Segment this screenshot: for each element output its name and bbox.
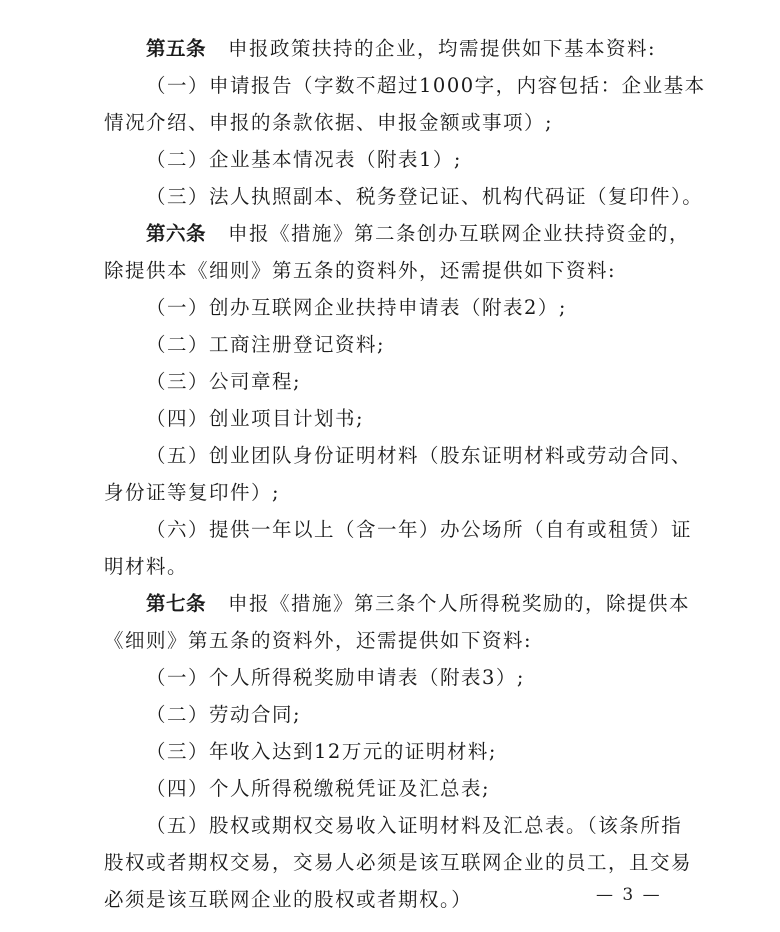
article-5-heading-line: 第五条申报政策扶持的企业，均需提供如下基本资料: — [146, 30, 726, 67]
article-text: 申报政策扶持的企业，均需提供如下基本资料: — [228, 37, 656, 60]
paragraph-line: 身份证等复印件）; — [104, 474, 684, 511]
paragraph-line: （一）申请报告（字数不超过1000字，内容包括：企业基本 — [146, 67, 726, 104]
paragraph-line: （二）企业基本情况表（附表1）; — [146, 141, 726, 178]
paragraph-line: （三）公司章程; — [146, 363, 726, 400]
paragraph-line: 情况介绍、申报的条款依据、申报金额或事项）; — [104, 104, 684, 141]
article-heading: 第七条 — [146, 592, 206, 615]
paragraph-line: （四）创业项目计划书; — [146, 400, 726, 437]
paragraph-line: （三）年收入达到12万元的证明材料; — [146, 733, 726, 770]
article-text: 申报《措施》第二条创办互联网企业扶持资金的， — [228, 222, 690, 245]
paragraph-line: （二）劳动合同; — [146, 696, 726, 733]
paragraph-line: （一）创办互联网企业扶持申请表（附表2）; — [146, 289, 726, 326]
article-heading: 第六条 — [146, 222, 206, 245]
paragraph-line: （三）法人执照副本、税务登记证、机构代码证（复印件）。 — [146, 178, 726, 215]
paragraph-line: 《细则》第五条的资料外，还需提供如下资料: — [104, 622, 684, 659]
paragraph-line: 除提供本《细则》第五条的资料外，还需提供如下资料: — [104, 252, 684, 289]
article-7-heading-line: 第七条申报《措施》第三条个人所得税奖励的，除提供本 — [146, 585, 726, 622]
paragraph-line: （二）工商注册登记资料; — [146, 326, 726, 363]
paragraph-line: （五）创业团队身份证明材料（股东证明材料或劳动合同、 — [146, 437, 726, 474]
article-6-heading-line: 第六条申报《措施》第二条创办互联网企业扶持资金的， — [146, 215, 726, 252]
paragraph-line: 明材料。 — [104, 548, 684, 585]
document-page: 第五条申报政策扶持的企业，均需提供如下基本资料: （一）申请报告（字数不超过10… — [0, 0, 780, 932]
article-text: 申报《措施》第三条个人所得税奖励的，除提供本 — [228, 592, 690, 615]
paragraph-line: （一）个人所得税奖励申请表（附表3）; — [146, 659, 726, 696]
page-number: — 3 — — [596, 883, 662, 907]
paragraph-line: （五）股权或期权交易收入证明材料及汇总表。（该条所指 — [146, 807, 726, 844]
paragraph-line: （六）提供一年以上（含一年）办公场所（自有或租赁）证 — [146, 511, 726, 548]
article-heading: 第五条 — [146, 37, 206, 60]
paragraph-line: 股权或者期权交易，交易人必须是该互联网企业的员工，且交易 — [104, 844, 684, 881]
paragraph-line: （四）个人所得税缴税凭证及汇总表; — [146, 770, 726, 807]
